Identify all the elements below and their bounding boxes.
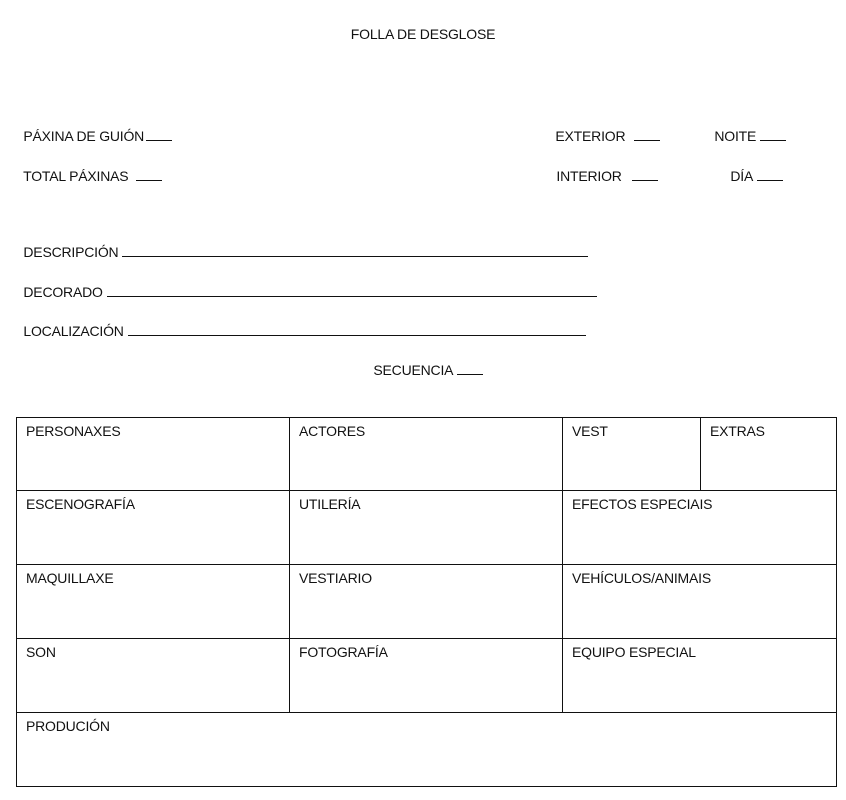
cell-maquillaxe[interactable]: MAQUILLAXE bbox=[17, 565, 290, 639]
blank-line[interactable] bbox=[634, 126, 660, 141]
cell-escenografia[interactable]: ESCENOGRAFÍA bbox=[17, 491, 290, 565]
field-label: TOTAL PÁXINAS bbox=[23, 168, 128, 184]
table-row: PRODUCIÓN bbox=[17, 713, 837, 787]
field-label: INTERIOR bbox=[556, 168, 621, 184]
field-noite[interactable]: NOITE bbox=[707, 108, 786, 145]
cell-fotografia[interactable]: FOTOGRAFÍA bbox=[290, 639, 563, 713]
cell-vest[interactable]: VEST bbox=[563, 418, 701, 491]
table-row: ESCENOGRAFÍA UTILERÍA EFECTOS ESPECIAIS bbox=[17, 491, 837, 565]
field-decorado[interactable]: DECORADO bbox=[16, 264, 597, 301]
cell-son[interactable]: SON bbox=[17, 639, 290, 713]
field-label: DÍA bbox=[730, 168, 753, 184]
field-total-paxinas[interactable]: TOTAL PÁXINAS bbox=[16, 148, 162, 185]
page-title: FOLLA DE DESGLOSE bbox=[0, 25, 846, 43]
field-label: PÁXINA DE GUIÓN bbox=[23, 128, 144, 144]
field-interior[interactable]: INTERIOR bbox=[549, 148, 658, 185]
blank-line[interactable] bbox=[632, 166, 658, 181]
field-label: EXTERIOR bbox=[555, 128, 625, 144]
blank-line[interactable] bbox=[457, 360, 483, 375]
field-label: SECUENCIA bbox=[373, 362, 453, 378]
blank-line[interactable] bbox=[122, 242, 588, 257]
table-row: SON FOTOGRAFÍA EQUIPO ESPECIAL bbox=[17, 639, 837, 713]
field-label: NOITE bbox=[714, 128, 756, 144]
cell-personaxes[interactable]: PERSONAXES bbox=[17, 418, 290, 491]
cell-equipo-especial[interactable]: EQUIPO ESPECIAL bbox=[563, 639, 837, 713]
cell-utileria[interactable]: UTILERÍA bbox=[290, 491, 563, 565]
field-paxina-guion[interactable]: PÁXINA DE GUIÓN bbox=[16, 108, 172, 145]
breakdown-table: PERSONAXES ACTORES VEST EXTRAS ESCENOGRA… bbox=[16, 417, 837, 787]
field-descripcion[interactable]: DESCRIPCIÓN bbox=[16, 224, 588, 261]
cell-actores[interactable]: ACTORES bbox=[290, 418, 563, 491]
cell-extras[interactable]: EXTRAS bbox=[701, 418, 837, 491]
table-row: PERSONAXES ACTORES VEST EXTRAS bbox=[17, 418, 837, 491]
field-secuencia[interactable]: SECUENCIA bbox=[366, 342, 483, 379]
blank-line[interactable] bbox=[760, 126, 786, 141]
field-label: DECORADO bbox=[23, 284, 102, 300]
cell-vehiculos-animais[interactable]: VEHÍCULOS/ANIMAIS bbox=[563, 565, 837, 639]
table-row: MAQUILLAXE VESTIARIO VEHÍCULOS/ANIMAIS bbox=[17, 565, 837, 639]
field-dia[interactable]: DÍA bbox=[723, 148, 783, 185]
blank-line[interactable] bbox=[128, 321, 586, 336]
cell-producion[interactable]: PRODUCIÓN bbox=[17, 713, 837, 787]
field-label: LOCALIZACIÓN bbox=[23, 323, 123, 339]
field-localizacion[interactable]: LOCALIZACIÓN bbox=[16, 303, 586, 340]
cell-vestiario[interactable]: VESTIARIO bbox=[290, 565, 563, 639]
blank-line[interactable] bbox=[146, 126, 172, 141]
field-label: DESCRIPCIÓN bbox=[23, 244, 118, 260]
blank-line[interactable] bbox=[757, 166, 783, 181]
blank-line[interactable] bbox=[107, 282, 597, 297]
blank-line[interactable] bbox=[136, 166, 162, 181]
field-exterior[interactable]: EXTERIOR bbox=[548, 108, 660, 145]
cell-efectos-especiais[interactable]: EFECTOS ESPECIAIS bbox=[563, 491, 837, 565]
